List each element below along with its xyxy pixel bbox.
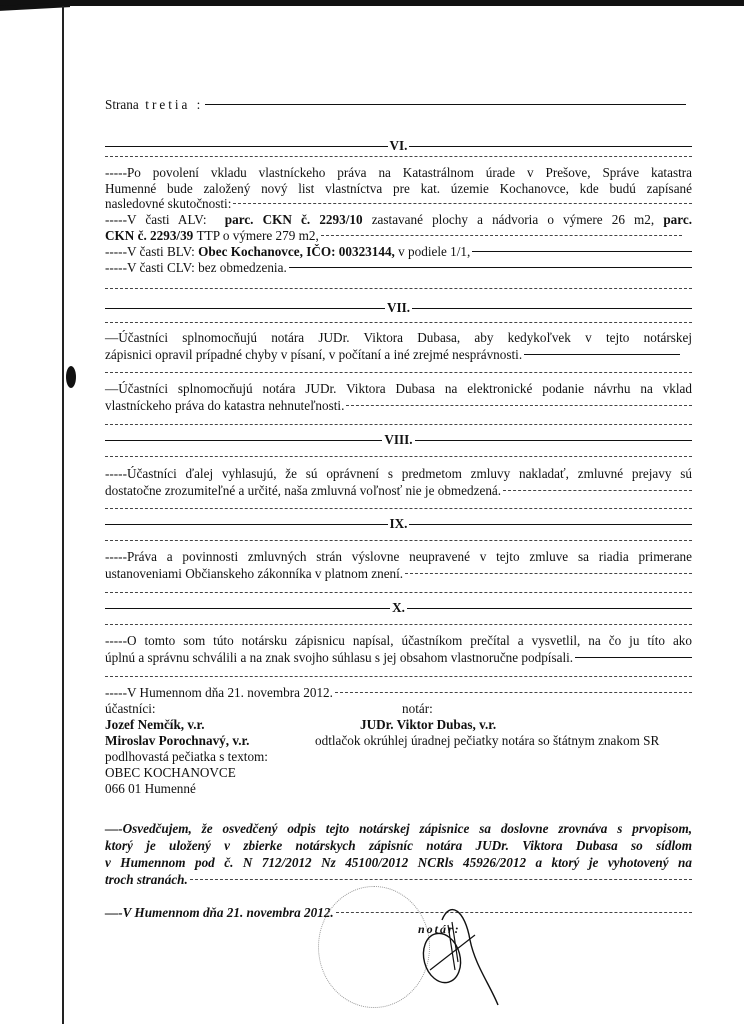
ix-line-2: ustanoveniami Občianskeho zákonníka v pl… [105, 566, 692, 581]
section-heading-ix: IX. [105, 516, 692, 532]
page-label: Strana [105, 97, 139, 112]
section-heading-x: X. [105, 600, 692, 616]
ix-line-1: -----Práva a povinnosti zmluvných strán … [105, 549, 692, 564]
vii-p2-line-2: vlastníckeho práva do katastra nehnuteľn… [105, 398, 692, 413]
dash-separator [105, 508, 692, 509]
page-word: tretia : [145, 97, 203, 112]
scan-top-edge [0, 0, 744, 6]
dash-separator [105, 288, 692, 289]
viii-line-1: -----Účastníci ďalej vyhlasujú, že sú op… [105, 466, 692, 481]
cert-line-1: —-Osvedčujem, že osvedčený odpis tejto n… [105, 821, 692, 836]
cert-line-2: ktorý je uložený v zbierke notárskych zá… [105, 838, 692, 853]
dash-separator [105, 456, 692, 457]
x-line-1: -----O tomto som túto notársku zápisnicu… [105, 633, 692, 648]
cert-line-3: v Humennom pod č. N 712/2012 Nz 45100/20… [105, 855, 692, 870]
dash-separator [105, 156, 692, 157]
dash-separator [105, 676, 692, 677]
notary-name: JUDr. Viktor Dubas, v.r. [360, 717, 496, 732]
section-heading-viii: VIII. [105, 432, 692, 448]
viii-line-2: dostatočne zrozumiteľné a určité, naša z… [105, 483, 692, 498]
vi-line-3: nasledovné skutočnosti: [105, 196, 692, 211]
vi-line-2: Humenné bude založený nový list vlastníc… [105, 181, 692, 196]
vi-clv-line: -----V časti CLV: bez obmedzenia. [105, 260, 692, 275]
dash-separator [105, 624, 692, 625]
binding-line [62, 6, 64, 1024]
notary-label: notár: [402, 701, 433, 716]
notary-stamp-note: odtlačok okrúhlej úradnej pečiatky notár… [315, 733, 659, 748]
dash-separator [105, 322, 692, 323]
binding-knot [66, 366, 76, 388]
vi-line-1: -----Po povolení vkladu vlastníckeho prá… [105, 165, 692, 180]
x-line-2: úplnú a správnu schválili a na znak svoj… [105, 650, 692, 665]
place-date-line: -----V Humennom dňa 21. novembra 2012. [105, 685, 692, 700]
rect-stamp-note: podlhovastá pečiatka s textom: [105, 749, 692, 764]
notary-round-stamp [318, 886, 430, 1008]
stamp-line-1: OBEC KOCHANOVCE [105, 765, 692, 780]
vii-p1-line-1: —Účastníci splnomocňujú notára JUDr. Vik… [105, 330, 692, 345]
vi-alv-line-1: -----V časti ALV: parc. CKN č. 2293/10 z… [105, 212, 692, 227]
vi-alv-line-2: CKN č. 2293/39 TTP o výmere 279 m2, [105, 228, 692, 243]
page-header: Strana tretia : [105, 97, 692, 112]
dash-separator [105, 592, 692, 593]
dash-separator [105, 424, 692, 425]
notary-signature [420, 900, 510, 1010]
vii-p1-line-2: zápisnici opravil prípadné chyby v písan… [105, 347, 692, 362]
stamp-line-2: 066 01 Humenné [105, 781, 692, 796]
dash-separator [105, 540, 692, 541]
vii-p2-line-1: —Účastníci splnomocňujú notára JUDr. Vik… [105, 381, 692, 396]
dash-separator [105, 372, 692, 373]
participants-label: účastníci: [105, 701, 692, 716]
section-heading-vi: VI. [105, 138, 692, 154]
cert-line-4: troch stranách. [105, 872, 692, 887]
section-heading-vii: VII. [105, 300, 692, 316]
vi-blv-line: -----V časti BLV: Obec Kochanovce, IČO: … [105, 244, 692, 259]
